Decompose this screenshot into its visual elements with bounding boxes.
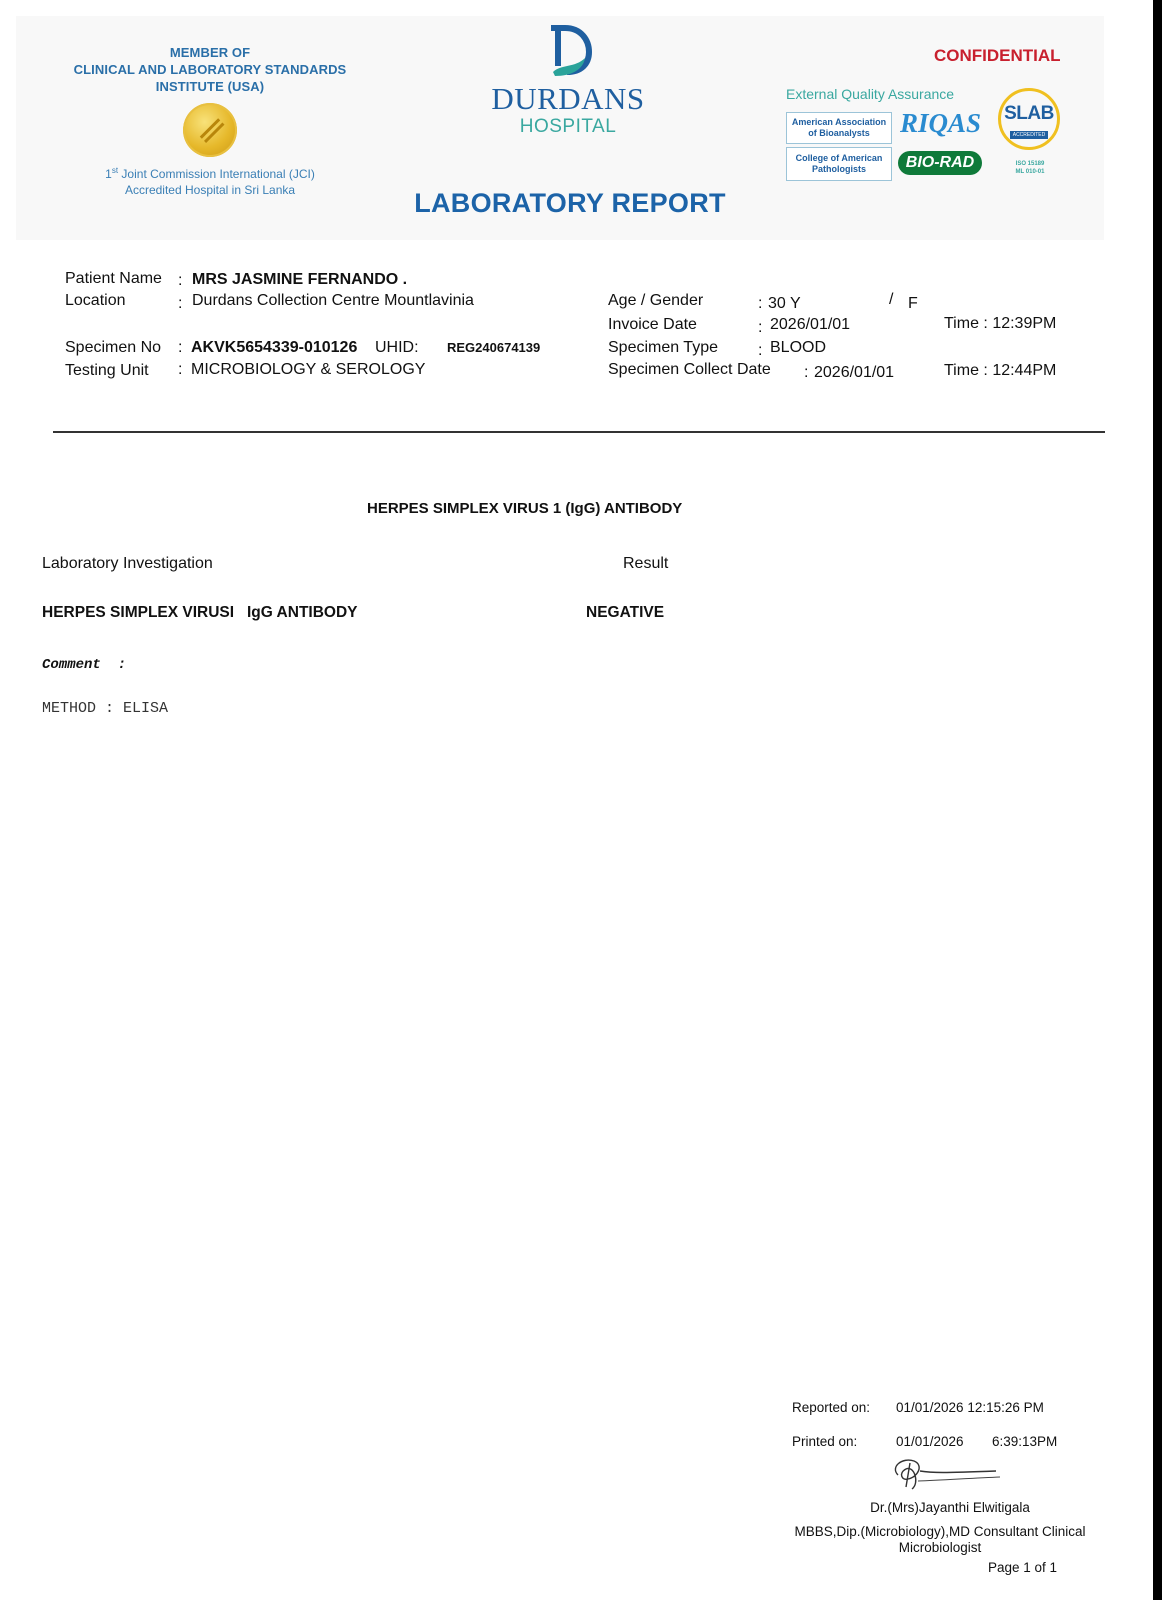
cls-member-line: CLINICAL AND LABORATORY STANDARDS	[60, 61, 360, 78]
hospital-logo: DURDANS HOSPITAL	[418, 24, 718, 138]
colon: :	[178, 361, 182, 379]
eqa-title: External Quality Assurance	[786, 86, 954, 102]
reported-on-label: Reported on:	[792, 1400, 870, 1415]
printed-on-time: 6:39:13PM	[992, 1434, 1057, 1449]
signature-image	[884, 1453, 1034, 1493]
biorad-logo: BIO-RAD	[898, 151, 982, 175]
printed-on-date: 01/01/2026	[896, 1434, 964, 1449]
uhid-value: REG240674139	[447, 339, 540, 357]
cls-member-line: INSTITUTE (USA)	[60, 78, 360, 95]
collect-time-value: 12:44PM	[992, 362, 1056, 379]
investigation-name: HERPES SIMPLEX VIRUSI IgG ANTIBODY	[42, 604, 358, 622]
slab-logo-icon: SLAB ACCREDITED	[998, 88, 1060, 150]
riqas-logo: RIQAS	[900, 108, 981, 139]
patient-name-label: Patient Name	[65, 270, 162, 288]
testing-unit-value: MICROBIOLOGY & SEROLOGY	[191, 361, 425, 379]
comment-label: Comment :	[42, 657, 126, 673]
result-value: NEGATIVE	[586, 604, 664, 622]
location-value: Durdans Collection Centre Mountlavinia	[192, 292, 474, 310]
collect-time-label: Time : 12:44PM	[944, 362, 1056, 380]
colon: :	[804, 364, 808, 382]
cls-member-line: MEMBER OF	[60, 44, 360, 61]
collect-date-value: 2026/01/01	[814, 364, 894, 382]
patient-name-value: MRS JASMINE FERNANDO .	[192, 271, 407, 289]
specimen-type-value: BLOOD	[770, 339, 826, 357]
specimen-type-label: Specimen Type	[608, 339, 718, 357]
jci-line-1: 1st Joint Commission International (JCI)	[60, 163, 360, 182]
brand-subtitle: HOSPITAL	[418, 116, 718, 138]
invoice-date-label: Invoice Date	[608, 316, 697, 334]
section-divider	[53, 431, 1105, 433]
reported-on-value: 01/01/2026 12:15:26 PM	[896, 1400, 1044, 1415]
test-title: HERPES SIMPLEX VIRUS 1 (IgG) ANTIBODY	[367, 500, 682, 517]
uhid-label: UHID:	[375, 339, 419, 357]
location-label: Location	[65, 292, 126, 310]
aab-badge: American Association of Bioanalysts	[786, 112, 892, 144]
colon: :	[758, 319, 762, 337]
age-gender-label: Age / Gender	[608, 292, 703, 310]
colon: :	[178, 339, 182, 357]
doctor-qualifications: MBBS,Dip.(Microbiology),MD Consultant Cl…	[780, 1524, 1100, 1556]
jci-line-2: Accredited Hospital in Sri Lanka	[60, 182, 360, 198]
investigation-column-header: Laboratory Investigation	[42, 555, 213, 573]
method-text: METHOD : ELISA	[42, 700, 168, 717]
cap-badge: College of American Pathologists	[786, 147, 892, 181]
invoice-time-label: Time : 12:39PM	[944, 315, 1056, 333]
printed-on-label: Printed on:	[792, 1434, 857, 1449]
page-number: Page 1 of 1	[988, 1560, 1057, 1575]
colon: :	[758, 295, 762, 313]
iso-accreditation: ISO 15189 ML 010-01	[1002, 160, 1058, 176]
specimen-no-label: Specimen No	[65, 339, 161, 357]
result-column-header: Result	[623, 555, 668, 573]
age-value: 30 Y	[768, 295, 801, 313]
durdans-d-logo-icon	[541, 24, 595, 78]
colon: :	[758, 342, 762, 360]
gender-value: F	[908, 295, 918, 313]
invoice-date-value: 2026/01/01	[770, 316, 850, 334]
cls-jci-block: MEMBER OF CLINICAL AND LABORATORY STANDA…	[60, 44, 360, 198]
jci-seal-icon	[183, 103, 237, 157]
colon: :	[178, 272, 182, 290]
confidential-label: CONFIDENTIAL	[934, 46, 1061, 66]
specimen-no-value: AKVK5654339-010126	[191, 339, 357, 357]
slash: /	[889, 291, 893, 309]
testing-unit-label: Testing Unit	[65, 362, 149, 380]
screen-edge	[1153, 0, 1162, 1600]
colon: :	[178, 295, 182, 313]
collect-date-label: Specimen Collect Date	[608, 361, 771, 379]
brand-name: DURDANS	[418, 82, 718, 116]
invoice-time-value: 12:39PM	[992, 315, 1056, 332]
report-title: LABORATORY REPORT	[360, 188, 780, 219]
doctor-name: Dr.(Mrs)Jayanthi Elwitigala	[830, 1500, 1070, 1515]
